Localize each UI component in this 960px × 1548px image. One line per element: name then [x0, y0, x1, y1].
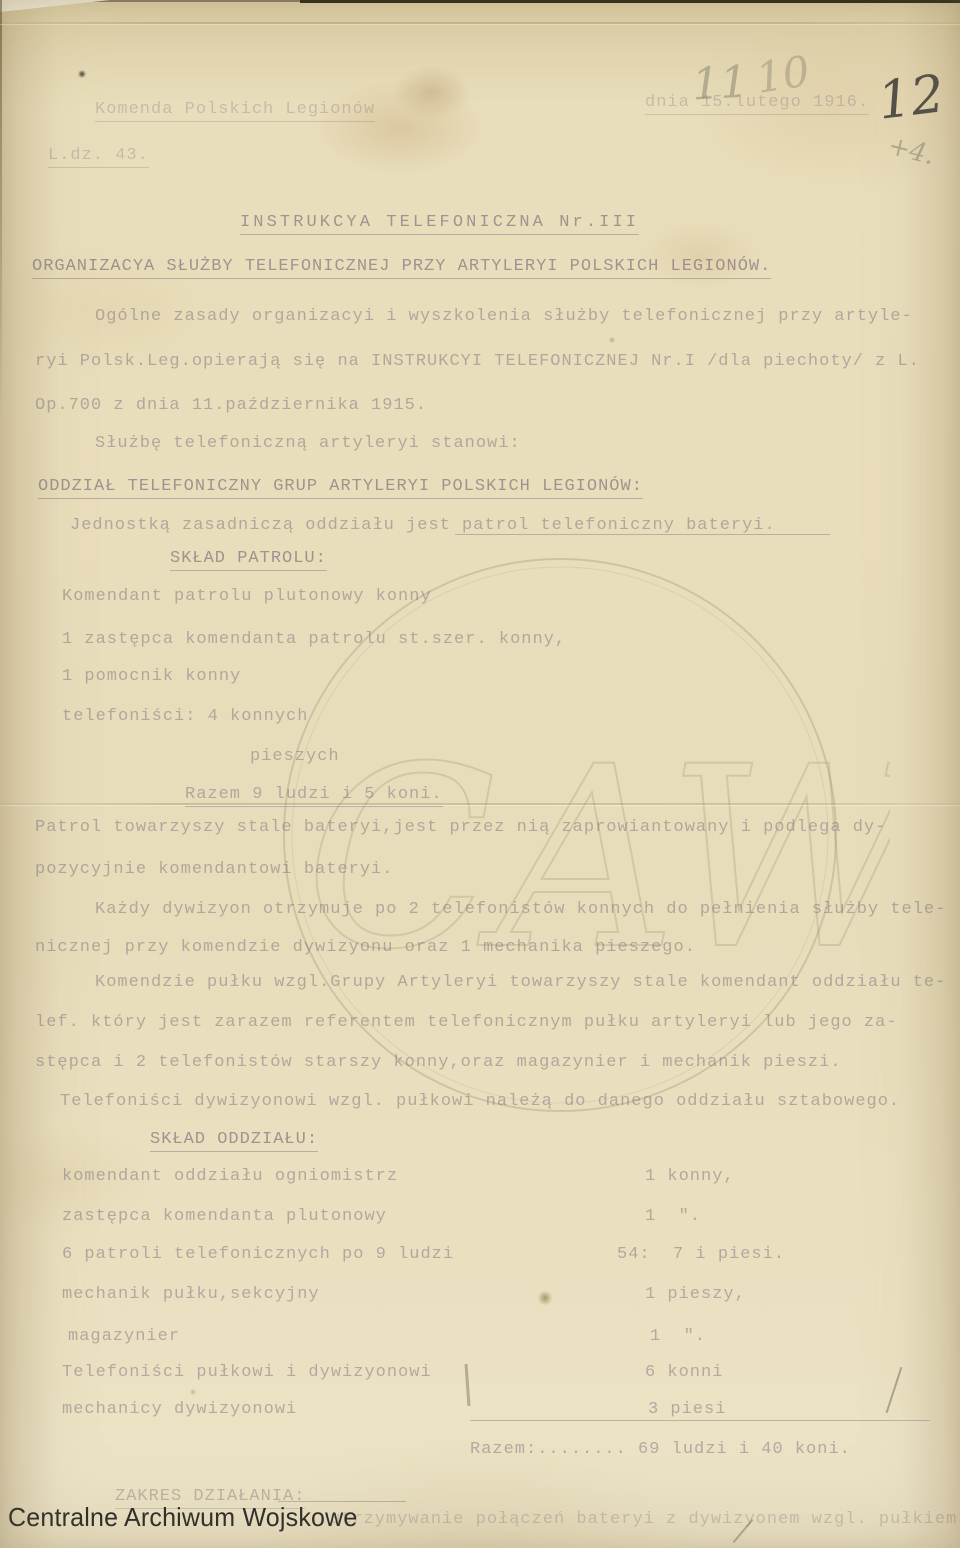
handwritten-pencil-number-right: 10 — [752, 46, 812, 103]
typed-line: 1 zastępca komendanta patrolu st.szer. k… — [62, 630, 566, 650]
typed-line: SKŁAD ODDZIAŁU: — [150, 1130, 318, 1152]
typed-line: Razem:........ 69 ludzi i 40 koni. — [470, 1440, 851, 1460]
typed-line: Komendzie pułku wzgl.Grupy Artyleryi tow… — [95, 973, 946, 993]
typed-line: ODDZIAŁ TELEFONICZNY GRUP ARTYLERYI POLS… — [38, 477, 643, 499]
typed-line: dnia 15.lutego 1916. — [645, 93, 869, 115]
scan-edge-left — [0, 0, 2, 420]
underline-rule — [278, 1501, 406, 1502]
underline-rule — [470, 1420, 930, 1421]
typed-line: 1 ". — [645, 1207, 701, 1227]
fold-crease — [0, 803, 960, 805]
typed-line: Telefoniści dywizyonowi wzgl. pułkowi na… — [60, 1092, 900, 1112]
typed-line: mechanicy dywizyonowi — [62, 1400, 297, 1420]
underline-rule — [455, 534, 830, 535]
handwritten-pencil-number-left: 11 — [691, 57, 750, 111]
typed-line: 1 ". — [650, 1327, 706, 1347]
typed-line: komendant oddziału ogniomistrz — [62, 1167, 398, 1187]
typed-line: INSTRUKCYA TELEFONICZNA Nr.III — [240, 213, 639, 235]
typed-line: 54: 7 i piesi. — [617, 1245, 785, 1265]
typed-line: 6 konni — [645, 1363, 723, 1383]
typed-line: stępca i 2 telefonistów starszy konny,or… — [35, 1053, 842, 1073]
scan-edge-top — [300, 0, 960, 3]
typed-line: 1 konny, — [645, 1167, 735, 1187]
typed-line: lef. który jest zarazem referentem telef… — [35, 1013, 898, 1033]
typed-line: magazynier — [68, 1327, 180, 1347]
typed-line: nicznej przy komendzie dywizyonu oraz 1 … — [35, 938, 696, 958]
typed-line: Jednostką zasadniczą oddziału jest patro… — [70, 516, 776, 536]
typed-line: SKŁAD PATROLU: — [170, 549, 327, 571]
typed-line: Komendant patrolu plutonowy konny — [62, 587, 432, 607]
typed-line: Op.700 z dnia 11.października 1915. — [35, 396, 427, 416]
typed-line: 1 pomocnik konny — [62, 667, 241, 687]
fold-crease — [0, 22, 960, 24]
typed-line: Komenda Polskich Legionów — [95, 100, 375, 122]
typed-line: Telefoniści pułkowi i dywizyonowi — [62, 1363, 432, 1383]
typed-line: ryi Polsk.Leg.opierają się na INSTRUKCYI… — [35, 352, 920, 372]
typed-line: 1 pieszy, — [645, 1285, 746, 1305]
typed-line: 3 piesi — [648, 1400, 726, 1420]
typed-line: pieszych — [250, 747, 340, 767]
typed-line: zastępca komendanta plutonowy — [62, 1207, 387, 1227]
archive-caption: Centralne Archiwum Wojskowe — [8, 1503, 358, 1533]
typed-line: utrzymywanie połączeń bateryi z dywizyon… — [330, 1510, 960, 1530]
typed-line: 6 patroli telefonicznych po 9 ludzi — [62, 1245, 454, 1265]
typed-line: Patrol towarzyszy stale bateryi,jest prz… — [35, 818, 886, 838]
typed-line: Każdy dywizyon otrzymuje po 2 telefonist… — [95, 900, 946, 920]
typed-line: Ogólne zasady organizacyi i wyszkolenia … — [95, 307, 913, 327]
typed-line: pozycyjnie komendantowi bateryi. — [35, 860, 393, 880]
typed-line: L.dz. 43. — [48, 146, 149, 168]
handwritten-page-number-ink: 12 — [875, 64, 948, 132]
scanned-document-page: CAW Komenda Polskich Legionówdnia 15.lut… — [0, 0, 960, 1548]
typed-line: ORGANIZACYA SŁUŻBY TELEFONICZNEJ PRZY AR… — [32, 257, 771, 279]
typed-line: mechanik pułku,sekcyjny — [62, 1285, 320, 1305]
typed-line: telefoniści: 4 konnych — [62, 707, 308, 727]
typed-line: Służbę telefoniczną artyleryi stanowi: — [95, 434, 521, 454]
